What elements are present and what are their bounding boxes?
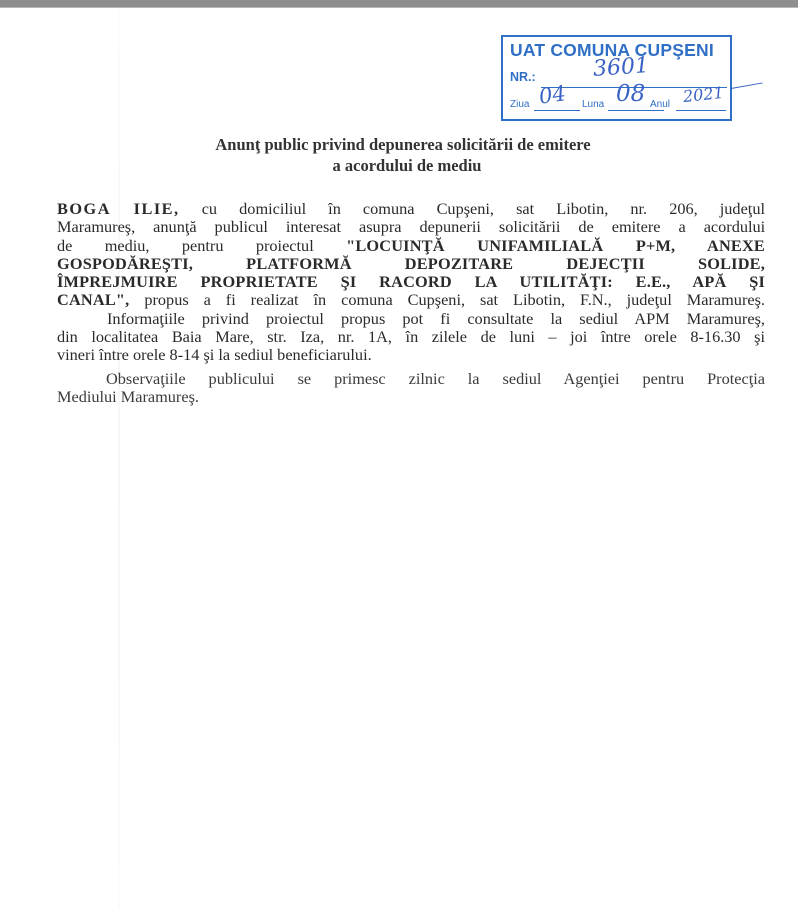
p1-line-4: GOSPODĂREŞTI, PLATFORMĂ DEPOZITARE DEJEC…: [57, 255, 765, 273]
p1-line-2: Maramureş, anunţă publicul interesat asu…: [57, 218, 765, 236]
p1-line-5: ÎMPREJMUIRE PROPRIETATE ŞI RACORD LA UTI…: [57, 273, 765, 291]
stamp-day-label: Ziua: [510, 99, 529, 110]
p2-line-2: din localitatea Baia Mare, str. Iza, nr.…: [57, 328, 765, 346]
p1-line-3: de mediu, pentru proiectul "LOCUINŢĂ UNI…: [57, 237, 765, 255]
p2-line-1: Informaţiile privind proiectul propus po…: [57, 310, 765, 328]
stamp-day-line: [534, 110, 580, 111]
p1-line-6: CANAL", propus a fi realizat în comuna C…: [57, 291, 765, 309]
p3-line-1: Observaţiile publicului se primesc zilni…: [57, 370, 765, 388]
stamp-year-line: [676, 110, 726, 111]
p3-line-2: Mediului Maramureş.: [57, 388, 765, 406]
title-line-2: a acordului de mediu: [0, 155, 798, 176]
document-title: Anunţ public privind depunerea solicităr…: [0, 134, 798, 176]
stamp-month-line: [608, 110, 664, 111]
title-line-1: Anunţ public privind depunerea solicităr…: [0, 134, 798, 155]
registration-stamp: UAT COMUNA CUPŞENI NR.: 3601 Ziua 04 Lun…: [501, 35, 732, 121]
project-name-start: "LOCUINŢĂ UNIFAMILIALĂ P+M, ANEXE: [346, 236, 765, 255]
stamp-nr-label: NR.:: [510, 70, 536, 84]
p2-line-3: vineri între orele 8-14 şi la sediul ben…: [57, 346, 765, 364]
applicant-name: BOGA ILIE,: [57, 199, 180, 218]
paragraph-applicant: BOGA ILIE, cu domiciliul în comuna Cupşe…: [57, 200, 765, 310]
stamp-month-value: 08: [616, 81, 645, 107]
stamp-year-value: 2021: [682, 83, 724, 106]
stamp-nr-value: 3601: [592, 53, 650, 82]
document-body: BOGA ILIE, cu domiciliul în comuna Cupşe…: [57, 200, 765, 406]
stamp-month-label: Luna: [582, 99, 604, 110]
stamp-day-value: 04: [537, 81, 567, 108]
handwritten-tail-stroke: [731, 82, 763, 89]
paragraph-information: Informaţiile privind proiectul propus po…: [57, 310, 765, 365]
p1-line-1: BOGA ILIE, cu domiciliul în comuna Cupşe…: [57, 200, 765, 218]
stamp-year-label: Anul: [650, 99, 670, 110]
paragraph-observations: Observaţiile publicului se primesc zilni…: [57, 370, 765, 407]
project-name-end: CANAL",: [57, 290, 129, 309]
scanner-top-bar: [0, 0, 798, 8]
